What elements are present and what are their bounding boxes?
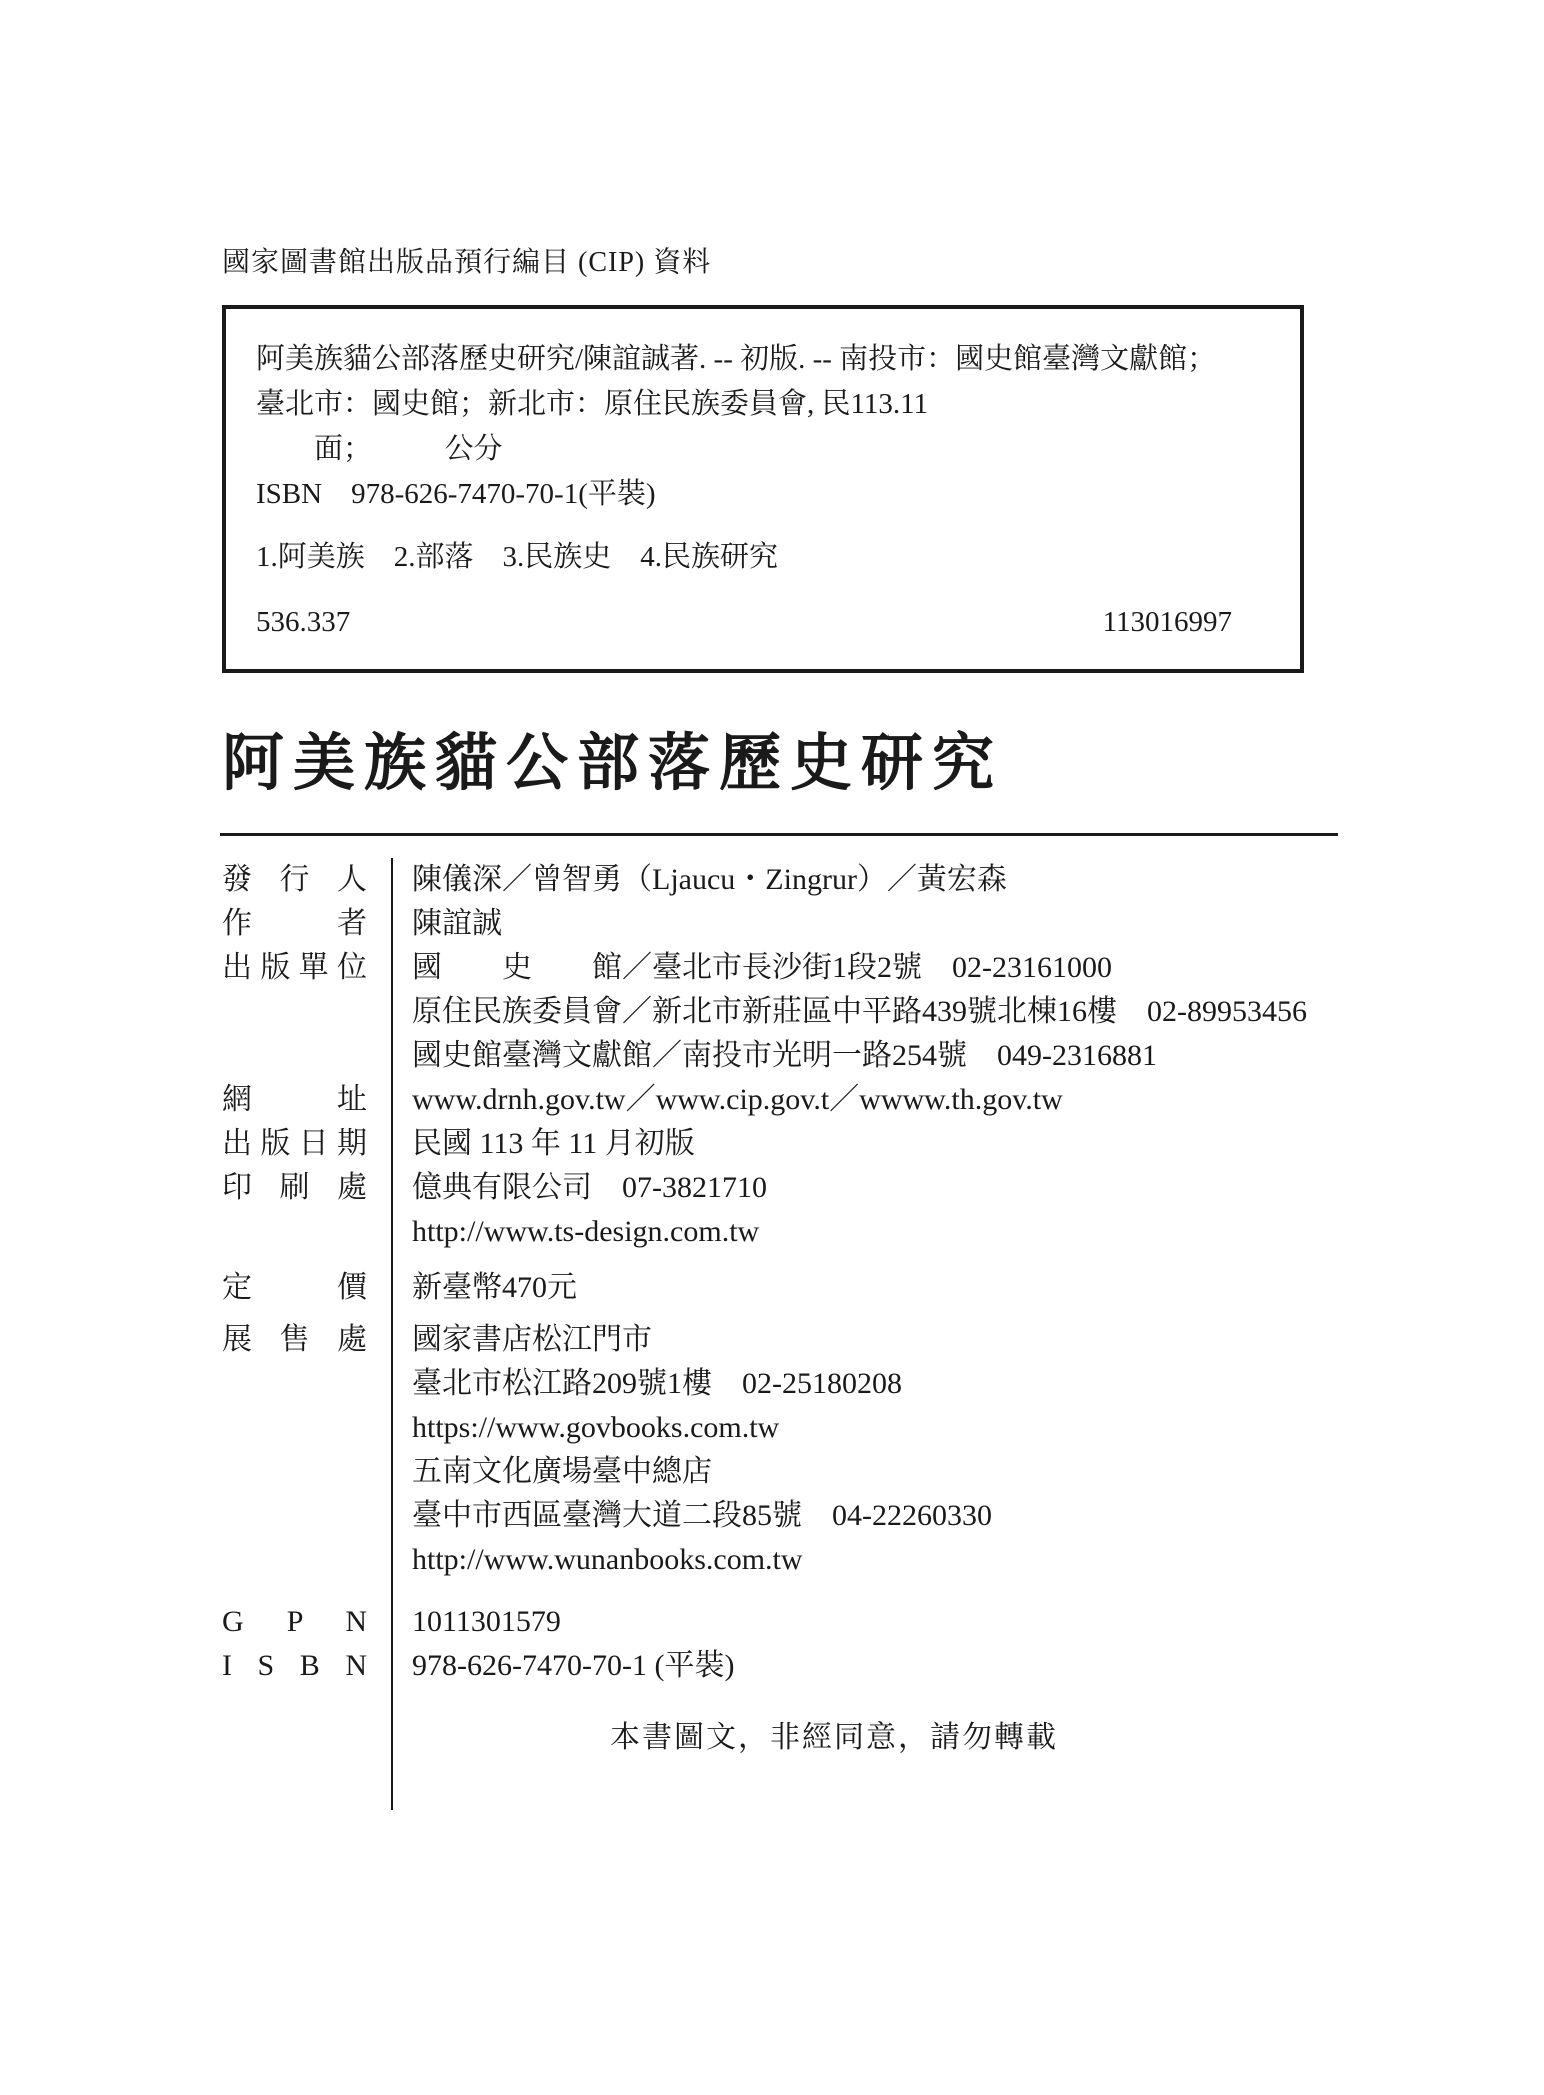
field-value-line: 國 史 館／臺北市長沙街1段2號 02-23161000: [412, 946, 1307, 990]
cip-class-number: 536.337: [256, 600, 350, 645]
colophon-row-retail-outlets: 展售處 國家書店松江門市 臺北市松江路209號1樓 02-25180208 ht…: [222, 1318, 1502, 1582]
field-value-line: 國家書店松江門市: [412, 1318, 992, 1362]
colophon-row-isbn: I S B N 978-626-7470-70-1 (平裝): [222, 1644, 1502, 1688]
cip-class-row: 536.337 113016997: [256, 600, 1300, 645]
field-value-line: 978-626-7470-70-1 (平裝): [412, 1644, 734, 1688]
field-value-line: 新臺幣470元: [412, 1266, 577, 1310]
cip-line-4-isbn: ISBN 978-626-7470-70-1(平裝): [256, 472, 1300, 517]
field-values: 民國 113 年 11 月初版: [412, 1122, 695, 1166]
colophon-table: 發行人 陳儀深／曾智勇（Ljaucu・Zingrur）／黃宏森 作者 陳誼誠 出…: [222, 858, 1502, 1760]
field-value-line: 臺北市松江路209號1樓 02-25180208: [412, 1362, 992, 1406]
cip-box: 阿美族貓公部落歷史研究/陳誼誠著. -- 初版. -- 南投市：國史館臺灣文獻館…: [222, 305, 1304, 673]
field-values: 1011301579: [412, 1600, 561, 1644]
field-values: 億典有限公司 07-3821710 http://www.ts-design.c…: [412, 1166, 767, 1254]
field-label: 網址: [222, 1078, 367, 1122]
field-label: 定價: [222, 1266, 367, 1310]
field-value-line: http://www.wunanbooks.com.tw: [412, 1538, 992, 1582]
field-label: G P N: [222, 1600, 367, 1644]
book-title: 阿美族貓公部落歷史研究: [222, 722, 1003, 806]
colophon-row-gpn: G P N 1011301579: [222, 1600, 1502, 1644]
colophon-row-printer: 印刷處 億典有限公司 07-3821710 http://www.ts-desi…: [222, 1166, 1502, 1254]
cip-line-2: 臺北市：國史館；新北市：原住民族委員會, 民113.11: [256, 382, 1300, 427]
field-value-line: 五南文化廣場臺中總店: [412, 1450, 992, 1494]
field-value-line: 臺中市西區臺灣大道二段85號 04-22260330: [412, 1494, 992, 1538]
field-value-line: 陳誼誠: [412, 902, 502, 946]
field-label: 作者: [222, 902, 367, 946]
field-value-line: 億典有限公司 07-3821710: [412, 1166, 767, 1210]
colophon-divider: [391, 858, 393, 1810]
field-value-line: http://www.ts-design.com.tw: [412, 1210, 767, 1254]
colophon-row-publishing-units: 出版單位 國 史 館／臺北市長沙街1段2號 02-23161000 原住民族委員…: [222, 946, 1502, 1078]
field-value-line: 原住民族委員會／新北市新莊區中平路439號北棟16樓 02-89953456: [412, 990, 1307, 1034]
field-label: 發行人: [222, 858, 367, 902]
colophon-page: 國家圖書館出版品預行編目 (CIP) 資料 阿美族貓公部落歷史研究/陳誼誠著. …: [0, 0, 1544, 2095]
field-values: www.drnh.gov.tw／www.cip.gov.t／wwww.th.go…: [412, 1078, 1063, 1122]
field-values: 陳儀深／曾智勇（Ljaucu・Zingrur）／黃宏森: [412, 858, 1007, 902]
field-values: 國家書店松江門市 臺北市松江路209號1樓 02-25180208 https:…: [412, 1318, 992, 1582]
field-label: I S B N: [222, 1644, 367, 1688]
field-values: 國 史 館／臺北市長沙街1段2號 02-23161000 原住民族委員會／新北市…: [412, 946, 1307, 1078]
colophon-row-website: 網址 www.drnh.gov.tw／www.cip.gov.t／wwww.th…: [222, 1078, 1502, 1122]
field-value-line: 陳儀深／曾智勇（Ljaucu・Zingrur）／黃宏森: [412, 858, 1007, 902]
cip-line-1: 阿美族貓公部落歷史研究/陳誼誠著. -- 初版. -- 南投市：國史館臺灣文獻館…: [256, 337, 1300, 382]
colophon-row-publisher: 發行人 陳儀深／曾智勇（Ljaucu・Zingrur）／黃宏森: [222, 858, 1502, 902]
field-value-line: 民國 113 年 11 月初版: [412, 1122, 695, 1166]
field-label: 展售處: [222, 1318, 367, 1362]
colophon-row-publication-date: 出版日期 民國 113 年 11 月初版: [222, 1122, 1502, 1166]
cip-record-number: 113016997: [1103, 600, 1232, 645]
field-values: 新臺幣470元: [412, 1266, 577, 1310]
field-label: 印刷處: [222, 1166, 367, 1210]
field-label: 出版單位: [222, 946, 367, 990]
cip-header: 國家圖書館出版品預行編目 (CIP) 資料: [222, 245, 711, 281]
cip-line-3: 面； 公分: [256, 427, 1300, 472]
copyright-note: 本書圖文，非經同意，請勿轉載: [610, 1716, 1502, 1760]
field-label: 出版日期: [222, 1122, 367, 1166]
field-values: 978-626-7470-70-1 (平裝): [412, 1644, 734, 1688]
field-value-line: 國史館臺灣文獻館／南投市光明一路254號 049-2316881: [412, 1034, 1307, 1078]
field-values: 陳誼誠: [412, 902, 502, 946]
field-value-line: 1011301579: [412, 1600, 561, 1644]
cip-subjects: 1.阿美族 2.部落 3.民族史 4.民族研究: [256, 535, 1300, 580]
colophon-row-price: 定價 新臺幣470元: [222, 1266, 1502, 1310]
title-rule: [220, 833, 1338, 836]
colophon-row-author: 作者 陳誼誠: [222, 902, 1502, 946]
field-value-line: https://www.govbooks.com.tw: [412, 1406, 992, 1450]
field-value-line: www.drnh.gov.tw／www.cip.gov.t／wwww.th.go…: [412, 1078, 1063, 1122]
